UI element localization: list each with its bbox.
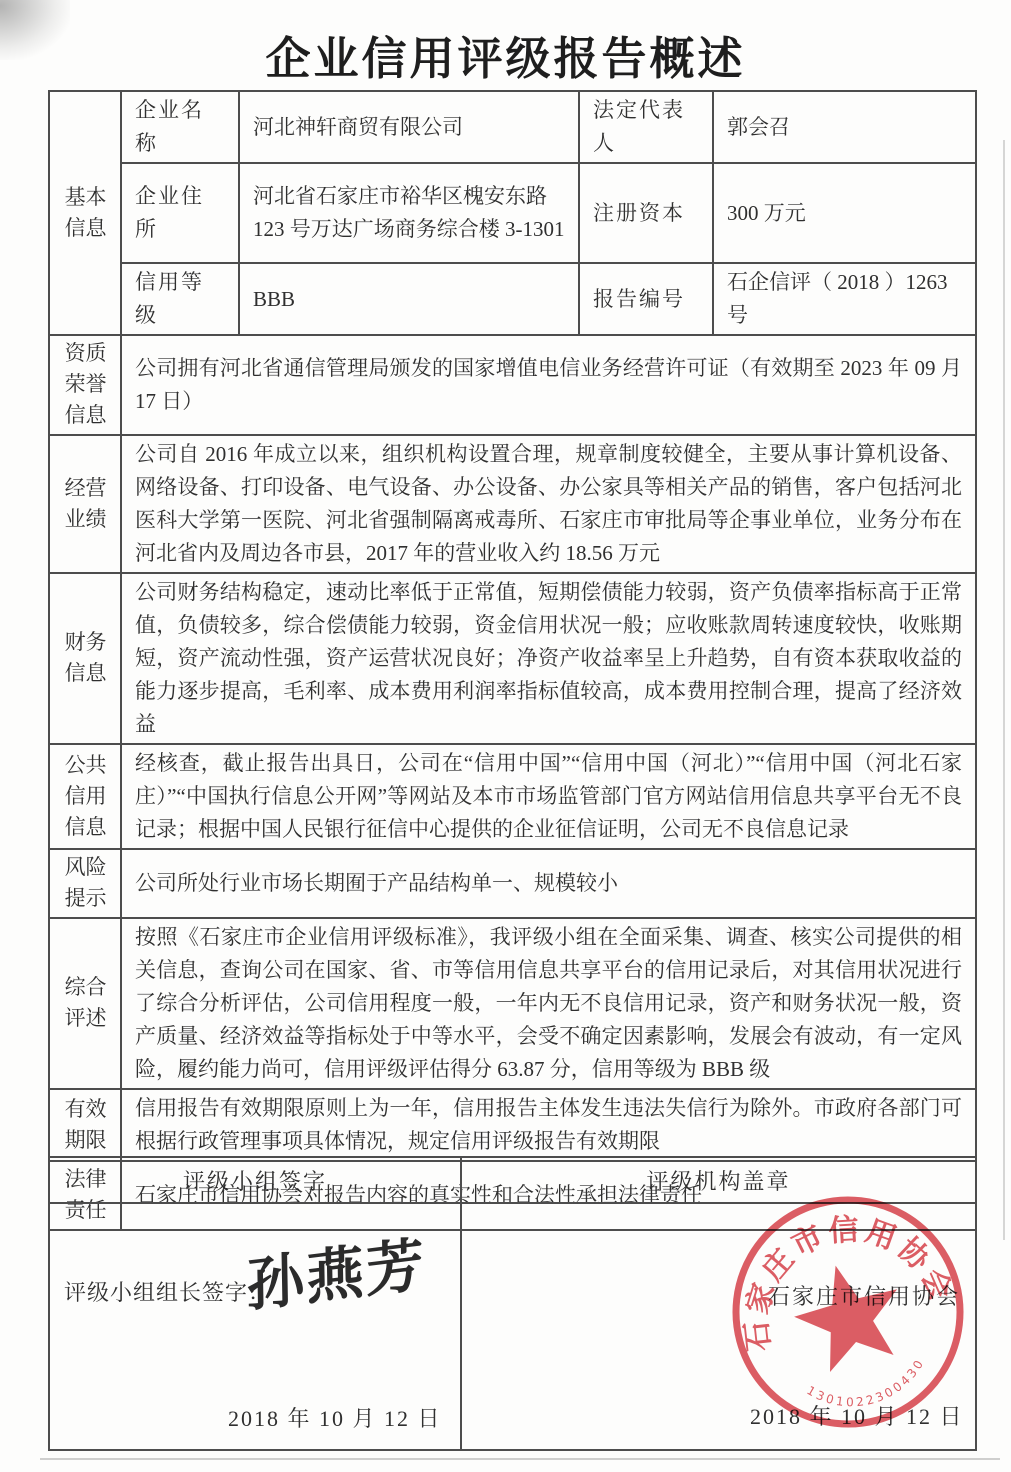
section-label-basic-info: 基本信息 bbox=[49, 91, 121, 335]
section-label-comprehensive-review: 综合评述 bbox=[49, 918, 121, 1089]
scan-artifact-right-edge bbox=[1003, 140, 1005, 1240]
leader-signature-label: 评级小组组长签字： bbox=[64, 1276, 271, 1307]
field-label-report-number: 报告编号 bbox=[579, 263, 713, 335]
page-title: 企业信用评级报告概述 bbox=[0, 22, 1011, 87]
signoff-table: 评级小组签字 评级机构盖章 评级小组组长签字： 孙燕芳 2018 年 10 月 … bbox=[48, 1156, 977, 1451]
value-company-name: 河北神轩商贸有限公司 bbox=[239, 91, 579, 163]
section-label-business-performance: 经营业绩 bbox=[49, 435, 121, 573]
document-page: { "page": { "title": "企业信用评级报告概述" }, "ba… bbox=[0, 0, 1011, 1472]
section-text-qualification-honor: 公司拥有河北省通信管理局颁发的国家增值电信业务经营许可证（有效期至 2023 年… bbox=[121, 335, 976, 435]
value-report-number: 石企信评（ 2018 ）1263 号 bbox=[713, 263, 976, 335]
field-label-company-address: 企业住所 bbox=[121, 163, 239, 263]
section-label-validity-period: 有效期限 bbox=[49, 1089, 121, 1161]
table-row: 评级小组组长签字： 孙燕芳 2018 年 10 月 12 日 石家庄市信用协会 … bbox=[49, 1203, 976, 1450]
value-legal-representative: 郭会召 bbox=[713, 91, 976, 163]
section-label-financial-info: 财务信息 bbox=[49, 573, 121, 744]
section-text-financial-info: 公司财务结构稳定，速动比率低于正常值，短期偿债能力较弱，资产负债率指标高于正常值… bbox=[121, 573, 976, 744]
section-text-comprehensive-review: 按照《石家庄市企业信用评级标准》，我评级小组在全面采集、调查、核实公司提供的相关… bbox=[121, 918, 976, 1089]
table-row: 有效期限 信用报告有效期限原则上为一年，信用报告主体发生违法失信行为除外。市政府… bbox=[49, 1089, 976, 1161]
handwritten-signature: 孙燕芳 bbox=[246, 1217, 426, 1323]
value-registered-capital: 300 万元 bbox=[713, 163, 976, 263]
table-row: 资质荣誉信息 公司拥有河北省通信管理局颁发的国家增值电信业务经营许可证（有效期至… bbox=[49, 335, 976, 435]
section-text-business-performance: 公司自 2016 年成立以来，组织机构设置合理，规章制度较健全，主要从事计算机设… bbox=[121, 435, 976, 573]
report-table: 基本信息 企业名称 河北神轩商贸有限公司 法定代表人 郭会召 企业住所 河北省石… bbox=[48, 90, 977, 1231]
stamp-serial-number: 1301022300430 bbox=[802, 1353, 935, 1423]
field-label-legal-representative: 法定代表人 bbox=[579, 91, 713, 163]
table-row: 风险提示 公司所处行业市场长期囿于产品结构单一、规模较小 bbox=[49, 849, 976, 918]
section-text-public-credit-info: 经核查，截止报告出具日，公司在“信用中国”“信用中国（河北）”“信用中国（河北石… bbox=[121, 744, 976, 849]
table-row: 企业住所 河北省石家庄市裕华区槐安东路 123 号万达广场商务综合楼 3-130… bbox=[49, 163, 976, 263]
team-signature-date: 2018 年 10 月 12 日 bbox=[228, 1402, 442, 1433]
section-label-qualification-honor: 资质荣誉信息 bbox=[49, 335, 121, 435]
field-label-company-name: 企业名称 bbox=[121, 91, 239, 163]
table-row: 财务信息 公司财务结构稳定，速动比率低于正常值，短期偿债能力较弱，资产负债率指标… bbox=[49, 573, 976, 744]
table-row: 信用等级 BBB 报告编号 石企信评（ 2018 ）1263 号 bbox=[49, 263, 976, 335]
section-label-risk-warning: 风险提示 bbox=[49, 849, 121, 918]
table-row: 综合评述 按照《石家庄市企业信用评级标准》，我评级小组在全面采集、调查、核实公司… bbox=[49, 918, 976, 1089]
table-row: 公共信用信息 经核查，截止报告出具日，公司在“信用中国”“信用中国（河北）”“信… bbox=[49, 744, 976, 849]
svg-text:1301022300430: 1301022300430 bbox=[802, 1353, 935, 1423]
rating-team-signature-header: 评级小组签字 bbox=[49, 1157, 461, 1203]
section-text-validity-period: 信用报告有效期限原则上为一年，信用报告主体发生违法失信行为除外。市政府各部门可根… bbox=[121, 1089, 976, 1161]
value-company-address: 河北省石家庄市裕华区槐安东路 123 号万达广场商务综合楼 3-1301 bbox=[239, 163, 579, 263]
value-credit-rating: BBB bbox=[239, 263, 579, 335]
scan-artifact-bottom-edge bbox=[40, 1458, 1000, 1460]
field-label-credit-rating: 信用等级 bbox=[121, 263, 239, 335]
section-text-risk-warning: 公司所处行业市场长期囿于产品结构单一、规模较小 bbox=[121, 849, 976, 918]
field-label-registered-capital: 注册资本 bbox=[579, 163, 713, 263]
star-icon bbox=[784, 1252, 913, 1377]
agency-seal-cell: 石家庄市信用协会 2018 年 10 月 12 日 石家庄市信用协会 13010… bbox=[461, 1203, 976, 1450]
table-row: 经营业绩 公司自 2016 年成立以来，组织机构设置合理，规章制度较健全，主要从… bbox=[49, 435, 976, 573]
team-signature-cell: 评级小组组长签字： 孙燕芳 2018 年 10 月 12 日 bbox=[49, 1203, 461, 1450]
table-row: 基本信息 企业名称 河北神轩商贸有限公司 法定代表人 郭会召 bbox=[49, 91, 976, 163]
section-label-public-credit-info: 公共信用信息 bbox=[49, 744, 121, 849]
